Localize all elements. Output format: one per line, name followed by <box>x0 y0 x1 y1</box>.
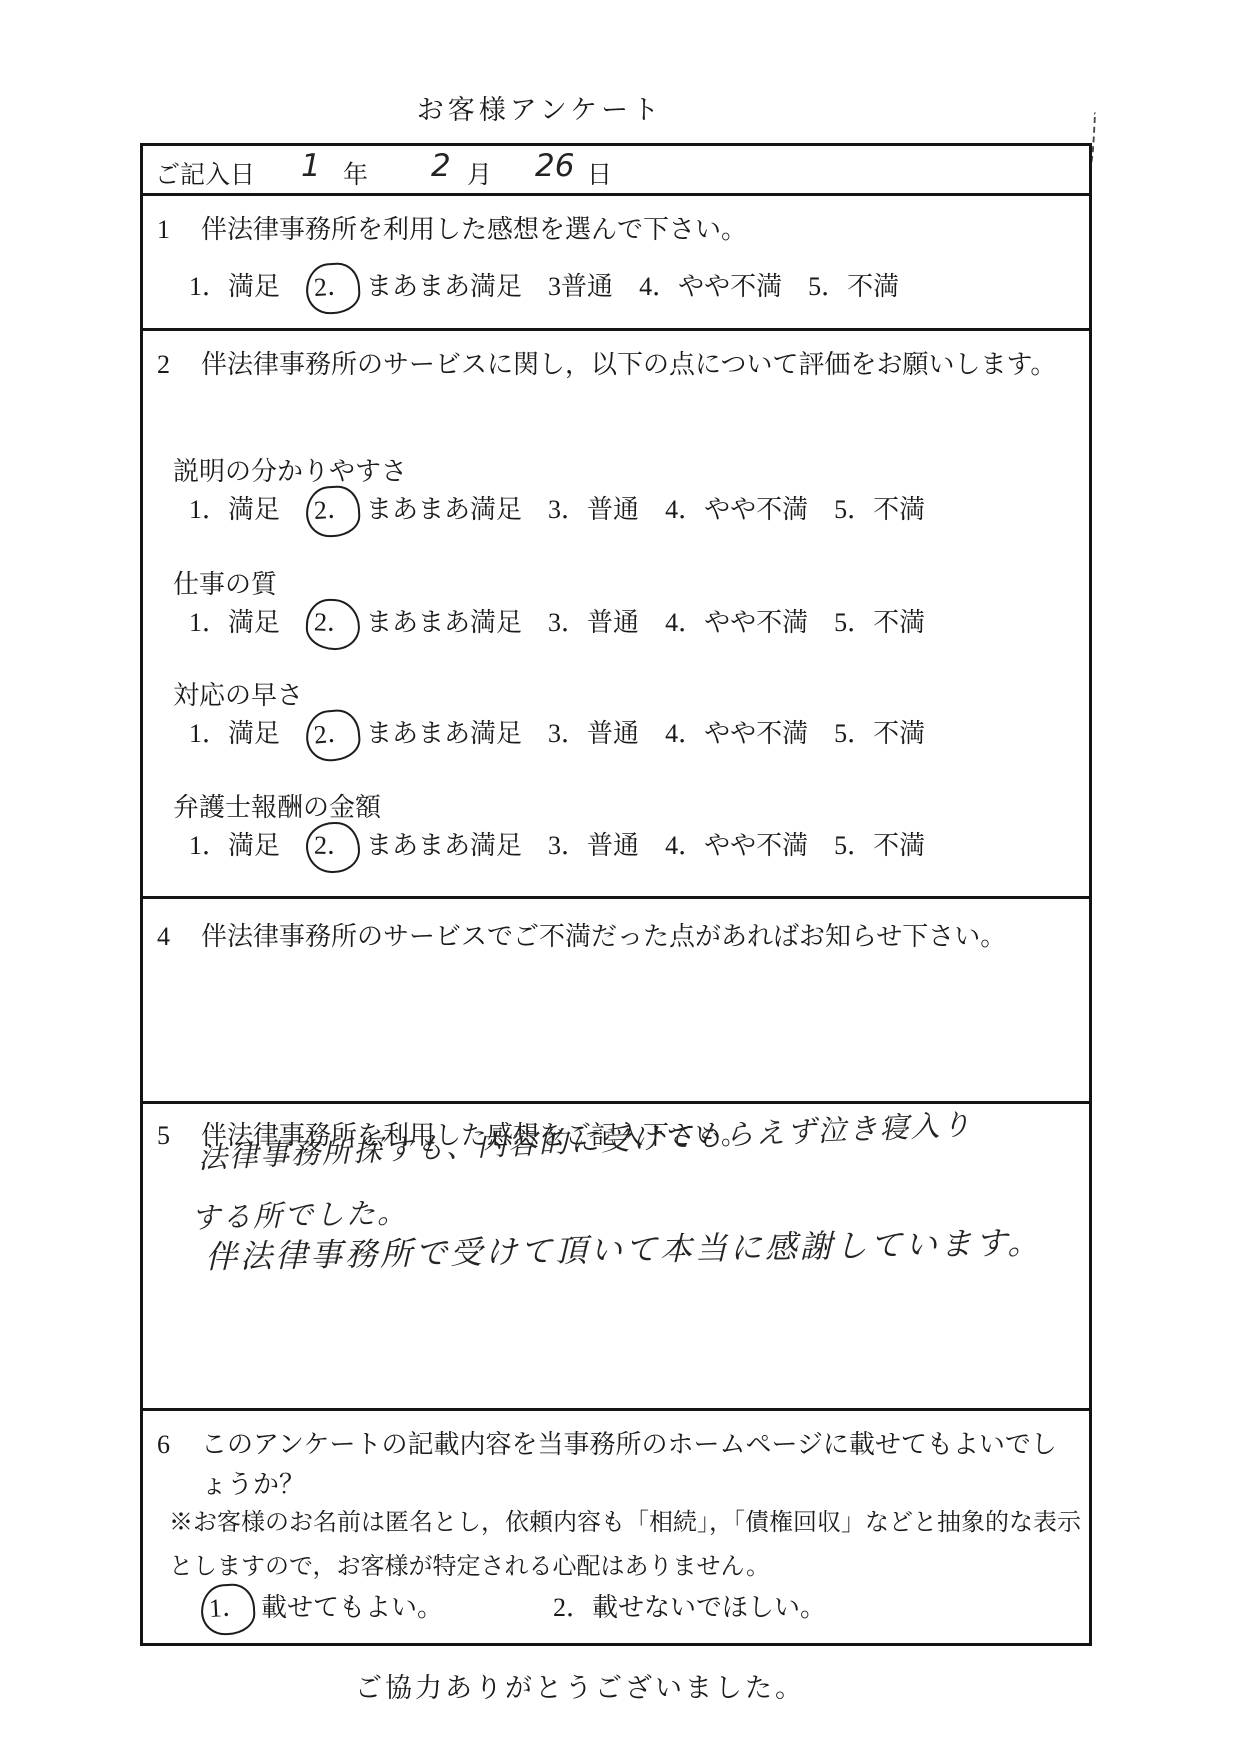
q2-fee-option-2-label: まあまあ満足 <box>366 831 522 860</box>
q2-clarity-option-5: 5．不満 <box>834 495 925 524</box>
q5-handwritten-line-1: 法律事務所探すも、内容的に受けてもらえず泣き寝入り <box>197 1102 973 1177</box>
question-6-options: 1．載せてもよい。2．載せないでほしい。 <box>201 1587 826 1625</box>
footer-thanks-text: ご協力ありがとうございました。 <box>160 1666 1000 1705</box>
q2-speed-option-1: 1．満足 <box>189 719 280 748</box>
question-1-options: 1．満足2．まあまあ満足3普通4．やや不満5．不満 <box>189 266 925 304</box>
q2-item-speed-label: 対応の早さ <box>173 675 303 712</box>
date-label: ご記入日 <box>155 155 255 191</box>
question-1-section: 1 伴法律事務所を利用した感想を選んで下さい。 1．満足2．まあまあ満足3普通4… <box>143 193 1089 328</box>
q1-option-2-selected-circle: 2． <box>305 262 362 316</box>
date-month-unit: 月 <box>467 155 492 191</box>
q1-option-5: 5．不満 <box>808 272 899 301</box>
question-4-text: 伴法律事務所のサービスでご不満だった点があればお知らせ下さい。 <box>201 917 1065 957</box>
date-month-value: 2 <box>431 148 451 184</box>
q2-item-fee-options: 1．満足2．まあまあ満足3．普通4．やや不満5．不満 <box>189 825 951 863</box>
q2-clarity-option-2-label: まあまあ満足 <box>366 495 522 524</box>
question-6-anonymity-note: ※お客様のお名前は匿名とし，依頼内容も「相続」，「債権回収」などと抽象的な表示と… <box>169 1501 1081 1590</box>
question-6-text-line: 6 このアンケートの記載内容を当事務所のホームページに載せてもよいでしょうか？ <box>157 1425 1065 1506</box>
q1-option-2-label: まあまあ満足 <box>366 272 522 301</box>
question-5-number: 5 <box>157 1116 201 1156</box>
q1-option-3: 3普通 <box>548 272 613 301</box>
date-row: ご記入日 1 年 2 月 26 日 <box>143 146 1089 193</box>
q2-fee-option-3: 3．普通 <box>548 831 639 860</box>
question-1-number: 1 <box>157 210 201 250</box>
question-2-text-line: 2 伴法律事務所のサービスに関し，以下の点について評価をお願いします。 <box>157 345 1065 385</box>
date-day-value: 26 <box>535 148 574 184</box>
q2-item-speed-options: 1．満足2．まあまあ満足3．普通4．やや不満5．不満 <box>189 713 951 751</box>
q2-clarity-option-3: 3．普通 <box>548 495 639 524</box>
q2-speed-option-5: 5．不満 <box>834 719 925 748</box>
date-year-value: 1 <box>301 148 321 184</box>
q2-clarity-option-2-selected-circle: 2． <box>305 485 362 539</box>
q2-item-quality-label: 仕事の質 <box>173 564 277 601</box>
question-4-number: 4 <box>157 917 201 957</box>
question-6-section: 6 このアンケートの記載内容を当事務所のホームページに載せてもよいでしょうか？ … <box>143 1408 1089 1643</box>
q2-quality-option-2-selected-circle: 2． <box>305 598 361 651</box>
survey-form-table: ご記入日 1 年 2 月 26 日 1 伴法律事務所を利用した感想を選んで下さい… <box>140 143 1092 1646</box>
date-day-unit: 日 <box>587 155 612 191</box>
question-4-text-line: 4 伴法律事務所のサービスでご不満だった点があればお知らせ下さい。 <box>157 917 1065 957</box>
q2-item-fee-label: 弁護士報酬の金額 <box>173 787 381 824</box>
q2-item-clarity-label: 説明の分かりやすさ <box>173 451 407 488</box>
question-6-number: 6 <box>157 1425 201 1506</box>
q2-quality-option-1: 1．満足 <box>189 608 280 637</box>
q2-quality-option-5: 5．不満 <box>834 608 925 637</box>
q2-fee-option-1: 1．満足 <box>189 831 280 860</box>
question-6-text: このアンケートの記載内容を当事務所のホームページに載せてもよいでしょうか？ <box>201 1425 1065 1506</box>
q6-option-1-label: 載せてもよい。 <box>261 1593 443 1622</box>
q2-fee-option-2-selected-circle: 2． <box>306 822 361 874</box>
q2-fee-option-5: 5．不満 <box>834 831 925 860</box>
q2-item-clarity-options: 1．満足2．まあまあ満足3．普通4．やや不満5．不満 <box>189 489 951 527</box>
q2-quality-option-2-label: まあまあ満足 <box>366 608 522 637</box>
q2-speed-option-2-selected-circle: 2． <box>304 708 362 764</box>
question-5-section: 5 伴法律事務所を利用した感想をご記入下さい。 法律事務所探すも、内容的に受けて… <box>143 1101 1089 1408</box>
q2-clarity-option-1: 1．満足 <box>189 495 280 524</box>
scanned-survey-document: お客様アンケート ご記入日 1 年 2 月 26 日 1 伴法律事務所を利用した… <box>0 0 1241 1755</box>
question-2-number: 2 <box>157 345 201 385</box>
q2-speed-option-4: 4．やや不満 <box>665 719 808 748</box>
q1-option-1: 1．満足 <box>189 272 280 301</box>
q2-speed-option-2-label: まあまあ満足 <box>366 719 522 748</box>
q2-quality-option-4: 4．やや不満 <box>665 608 808 637</box>
question-4-section: 4 伴法律事務所のサービスでご不満だった点があればお知らせ下さい。 <box>143 896 1089 1101</box>
q6-option-1-selected-circle: 1． <box>200 1583 257 1637</box>
question-2-text: 伴法律事務所のサービスに関し，以下の点について評価をお願いします。 <box>201 345 1065 385</box>
question-1-text-line: 1 伴法律事務所を利用した感想を選んで下さい。 <box>157 210 1065 250</box>
q1-option-4: 4．やや不満 <box>639 272 782 301</box>
q2-speed-option-3: 3．普通 <box>548 719 639 748</box>
q6-option-2: 2．載せないでほしい。 <box>553 1593 826 1622</box>
q2-quality-option-3: 3．普通 <box>548 608 639 637</box>
q2-fee-option-4: 4．やや不満 <box>665 831 808 860</box>
question-1-text: 伴法律事務所を利用した感想を選んで下さい。 <box>201 210 1065 250</box>
date-year-unit: 年 <box>343 155 368 191</box>
question-2-section: 2 伴法律事務所のサービスに関し，以下の点について評価をお願いします。 説明の分… <box>143 328 1089 896</box>
q2-clarity-option-4: 4．やや不満 <box>665 495 808 524</box>
q2-item-quality-options: 1．満足2．まあまあ満足3．普通4．やや不満5．不満 <box>189 602 951 640</box>
page-title: お客様アンケート <box>140 88 940 127</box>
